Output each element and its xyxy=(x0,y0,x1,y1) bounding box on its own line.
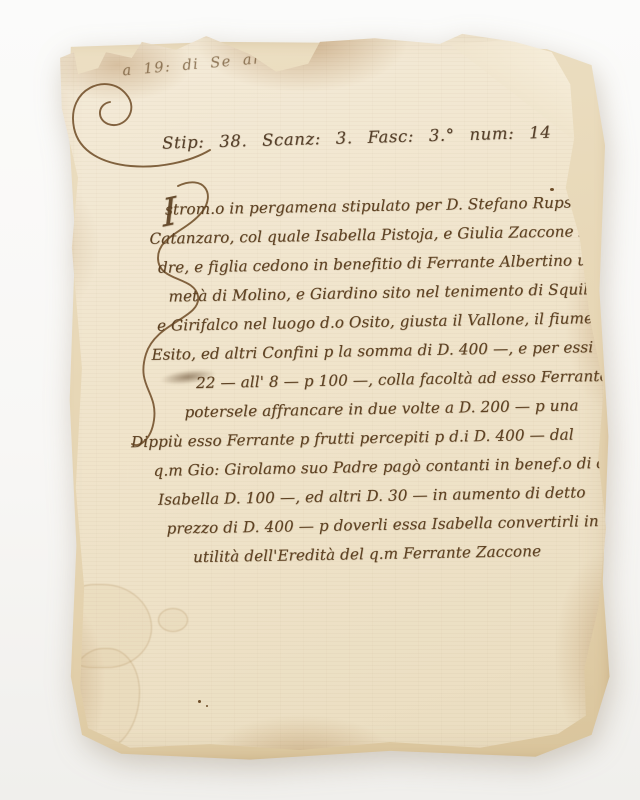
archive-reference-line: Stip: 38. Scanz: 3. Fasc: 3.° num: 14 xyxy=(162,122,562,152)
edge-stain xyxy=(54,668,63,675)
paper-stack: a 19: di Se ar Stip: 38. Scanz: 3. Fasc:… xyxy=(0,0,640,800)
ink-speck xyxy=(198,700,201,703)
edge-stain xyxy=(70,726,81,731)
photo-backdrop: a 19: di Se ar Stip: 38. Scanz: 3. Fasc:… xyxy=(0,0,640,800)
manuscript-line: utilità dell'Eredità del q.m Ferrante Za… xyxy=(193,536,599,572)
edge-stain xyxy=(59,700,66,706)
water-stain xyxy=(158,608,188,632)
ink-speck xyxy=(550,188,554,191)
spiral-flourish xyxy=(73,84,210,166)
ink-speck xyxy=(206,705,208,707)
manuscript-page: a 19: di Se ar Stip: 38. Scanz: 3. Fasc:… xyxy=(50,28,610,758)
